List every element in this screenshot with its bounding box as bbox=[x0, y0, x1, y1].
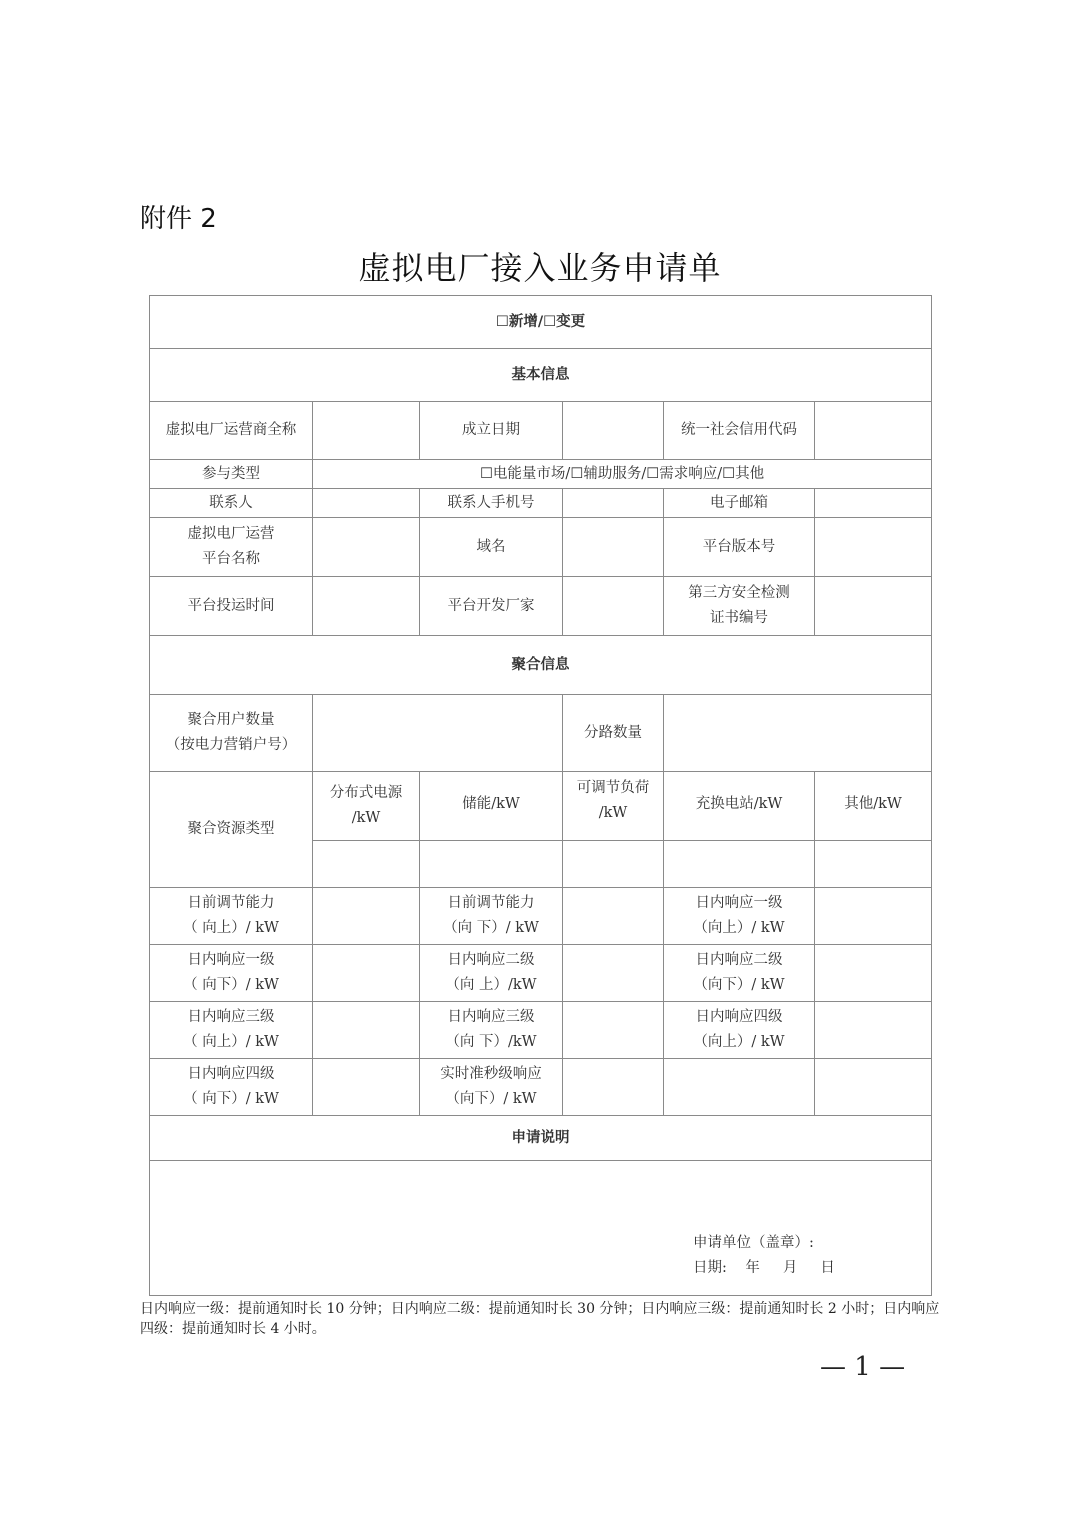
capability-label-line2: （向 上）/kW bbox=[424, 973, 558, 998]
capability-label: 日内响应三级（向 下）/kW bbox=[420, 1002, 563, 1059]
capability-label-line2: （ 向上）/ kW bbox=[154, 1030, 308, 1055]
platform-name-field[interactable] bbox=[313, 518, 420, 577]
section-basic-info: 基本信息 bbox=[150, 349, 932, 402]
attachment-label: 附件 2 bbox=[140, 198, 217, 235]
capability-label-line1: 日内响应四级 bbox=[154, 1062, 308, 1087]
contact-field[interactable] bbox=[313, 489, 420, 518]
capability-field[interactable] bbox=[563, 888, 664, 945]
resource-type-label: 聚合资源类型 bbox=[150, 772, 313, 888]
applicant-stamp-label: 申请单位（盖章）: bbox=[693, 1231, 814, 1256]
resource-col-unit: /kW bbox=[567, 801, 659, 826]
branch-count-label: 分路数量 bbox=[563, 695, 664, 772]
capability-label-line1: 实时准秒级响应 bbox=[424, 1062, 558, 1087]
participation-type-checkboxes[interactable]: ☐电能量市场/☐辅助服务/☐需求响应/☐其他 bbox=[313, 460, 932, 489]
resource-col-storage: 储能/kW bbox=[420, 772, 563, 841]
capability-label-line1: 日内响应一级 bbox=[154, 948, 308, 973]
capability-label: 日内响应一级（ 向下）/ kW bbox=[150, 945, 313, 1002]
capability-label-line2: （ 向上）/ kW bbox=[154, 916, 308, 941]
platform-version-field[interactable] bbox=[815, 518, 932, 577]
resource-col-unit: /kW bbox=[317, 806, 415, 831]
resource-col-adjustable-load: 可调节负荷/kW bbox=[563, 772, 664, 841]
resource-col-label: 可调节负荷 bbox=[567, 776, 659, 801]
section-aggregate-info: 聚合信息 bbox=[150, 636, 932, 695]
capability-empty-label bbox=[664, 1059, 815, 1116]
capability-label: 实时准秒级响应（向下）/ kW bbox=[420, 1059, 563, 1116]
operator-name-label: 虚拟电厂运营商全称 bbox=[150, 402, 313, 460]
capability-label-line2: （向 下）/kW bbox=[424, 1030, 558, 1055]
branch-count-field[interactable] bbox=[664, 695, 932, 772]
resource-col-label: 其他/kW bbox=[819, 792, 927, 817]
resource-col-charging-station: 充换电站/kW bbox=[664, 772, 815, 841]
founding-date-field[interactable] bbox=[563, 402, 664, 460]
capability-label: 日内响应一级（向上）/ kW bbox=[664, 888, 815, 945]
email-field[interactable] bbox=[815, 489, 932, 518]
capability-label: 日前调节能力（向 下）/ kW bbox=[420, 888, 563, 945]
capability-label-line1: 日前调节能力 bbox=[424, 891, 558, 916]
capability-label-line2: （向下）/ kW bbox=[424, 1087, 558, 1112]
capability-label-line1: 日内响应一级 bbox=[668, 891, 810, 916]
capability-label: 日内响应四级（向上）/ kW bbox=[664, 1002, 815, 1059]
capability-field[interactable] bbox=[313, 1002, 420, 1059]
founding-date-label: 成立日期 bbox=[420, 402, 563, 460]
contact-phone-field[interactable] bbox=[563, 489, 664, 518]
capability-label-line2: （向 下）/ kW bbox=[424, 916, 558, 941]
footnote: 日内响应一级：提前通知时长 10 分钟；日内响应二级：提前通知时长 30 分钟；… bbox=[140, 1299, 940, 1339]
capability-label: 日内响应三级（ 向上）/ kW bbox=[150, 1002, 313, 1059]
security-cert-label-line2: 证书编号 bbox=[668, 606, 810, 631]
platform-name-label: 虚拟电厂运营平台名称 bbox=[150, 518, 313, 577]
page-number: — 1 — bbox=[820, 1352, 905, 1382]
resource-col-label: 充换电站/kW bbox=[668, 792, 810, 817]
participation-type-label: 参与类型 bbox=[150, 460, 313, 489]
capability-label-line1: 日内响应三级 bbox=[424, 1005, 558, 1030]
capability-label: 日内响应四级（ 向下）/ kW bbox=[150, 1059, 313, 1116]
user-count-field[interactable] bbox=[313, 695, 563, 772]
capability-field[interactable] bbox=[815, 1059, 932, 1116]
application-form-table: ☐新增/☐变更 基本信息 虚拟电厂运营商全称 成立日期 统一社会信用代码 参与类… bbox=[149, 295, 932, 1296]
capability-label-line1: 日内响应四级 bbox=[668, 1005, 810, 1030]
platform-name-label-line2: 平台名称 bbox=[154, 547, 308, 572]
security-cert-label: 第三方安全检测证书编号 bbox=[664, 577, 815, 636]
capability-field[interactable] bbox=[815, 888, 932, 945]
adjustable-load-field[interactable] bbox=[563, 841, 664, 888]
security-cert-label-line1: 第三方安全检测 bbox=[668, 581, 810, 606]
capability-label-line1: 日内响应二级 bbox=[668, 948, 810, 973]
capability-label-line2: （向上）/ kW bbox=[668, 916, 810, 941]
capability-label-line2: （ 向下）/ kW bbox=[154, 1087, 308, 1112]
platform-launch-label: 平台投运时间 bbox=[150, 577, 313, 636]
capability-label: 日内响应二级（向下）/ kW bbox=[664, 945, 815, 1002]
platform-vendor-label: 平台开发厂家 bbox=[420, 577, 563, 636]
domain-label: 域名 bbox=[420, 518, 563, 577]
capability-field[interactable] bbox=[313, 945, 420, 1002]
credit-code-label: 统一社会信用代码 bbox=[664, 402, 815, 460]
application-date-label: 日期: 年 月 日 bbox=[693, 1256, 835, 1281]
operator-name-field[interactable] bbox=[313, 402, 420, 460]
capability-field[interactable] bbox=[563, 1002, 664, 1059]
user-count-label: 聚合用户数量（按电力营销户号） bbox=[150, 695, 313, 772]
capability-field[interactable] bbox=[313, 1059, 420, 1116]
capability-label-line1: 日内响应三级 bbox=[154, 1005, 308, 1030]
domain-field[interactable] bbox=[563, 518, 664, 577]
request-type-checkboxes[interactable]: ☐新增/☐变更 bbox=[150, 296, 932, 349]
resource-col-distributed: 分布式电源/kW bbox=[313, 772, 420, 841]
contact-phone-label: 联系人手机号 bbox=[420, 489, 563, 518]
platform-vendor-field[interactable] bbox=[563, 577, 664, 636]
platform-launch-field[interactable] bbox=[313, 577, 420, 636]
capability-label-line1: 日前调节能力 bbox=[154, 891, 308, 916]
page-title: 虚拟电厂接入业务申请单 bbox=[0, 243, 1080, 289]
capability-field[interactable] bbox=[815, 945, 932, 1002]
application-notes-area[interactable]: 申请单位（盖章）: 日期: 年 月 日 bbox=[150, 1161, 932, 1296]
email-label: 电子邮箱 bbox=[664, 489, 815, 518]
capability-label-line2: （向上）/ kW bbox=[668, 1030, 810, 1055]
capability-label-line2: （向下）/ kW bbox=[668, 973, 810, 998]
charging-station-field[interactable] bbox=[664, 841, 815, 888]
resource-col-label: 储能/kW bbox=[424, 792, 558, 817]
security-cert-field[interactable] bbox=[815, 577, 932, 636]
platform-name-label-line1: 虚拟电厂运营 bbox=[154, 522, 308, 547]
distributed-field[interactable] bbox=[313, 841, 420, 888]
capability-label-line1: 日内响应二级 bbox=[424, 948, 558, 973]
storage-field[interactable] bbox=[420, 841, 563, 888]
user-count-label-line2: （按电力营销户号） bbox=[154, 733, 308, 758]
capability-field[interactable] bbox=[313, 888, 420, 945]
resource-col-label: 分布式电源 bbox=[317, 781, 415, 806]
capability-field[interactable] bbox=[563, 1059, 664, 1116]
credit-code-field[interactable] bbox=[815, 402, 932, 460]
resource-col-other: 其他/kW bbox=[815, 772, 932, 841]
capability-label-line2: （ 向下）/ kW bbox=[154, 973, 308, 998]
other-resource-field[interactable] bbox=[815, 841, 932, 888]
capability-label: 日前调节能力（ 向上）/ kW bbox=[150, 888, 313, 945]
capability-field[interactable] bbox=[563, 945, 664, 1002]
contact-label: 联系人 bbox=[150, 489, 313, 518]
capability-label: 日内响应二级（向 上）/kW bbox=[420, 945, 563, 1002]
platform-version-label: 平台版本号 bbox=[664, 518, 815, 577]
section-application-notes: 申请说明 bbox=[150, 1116, 932, 1161]
capability-field[interactable] bbox=[815, 1002, 932, 1059]
user-count-label-line1: 聚合用户数量 bbox=[154, 708, 308, 733]
